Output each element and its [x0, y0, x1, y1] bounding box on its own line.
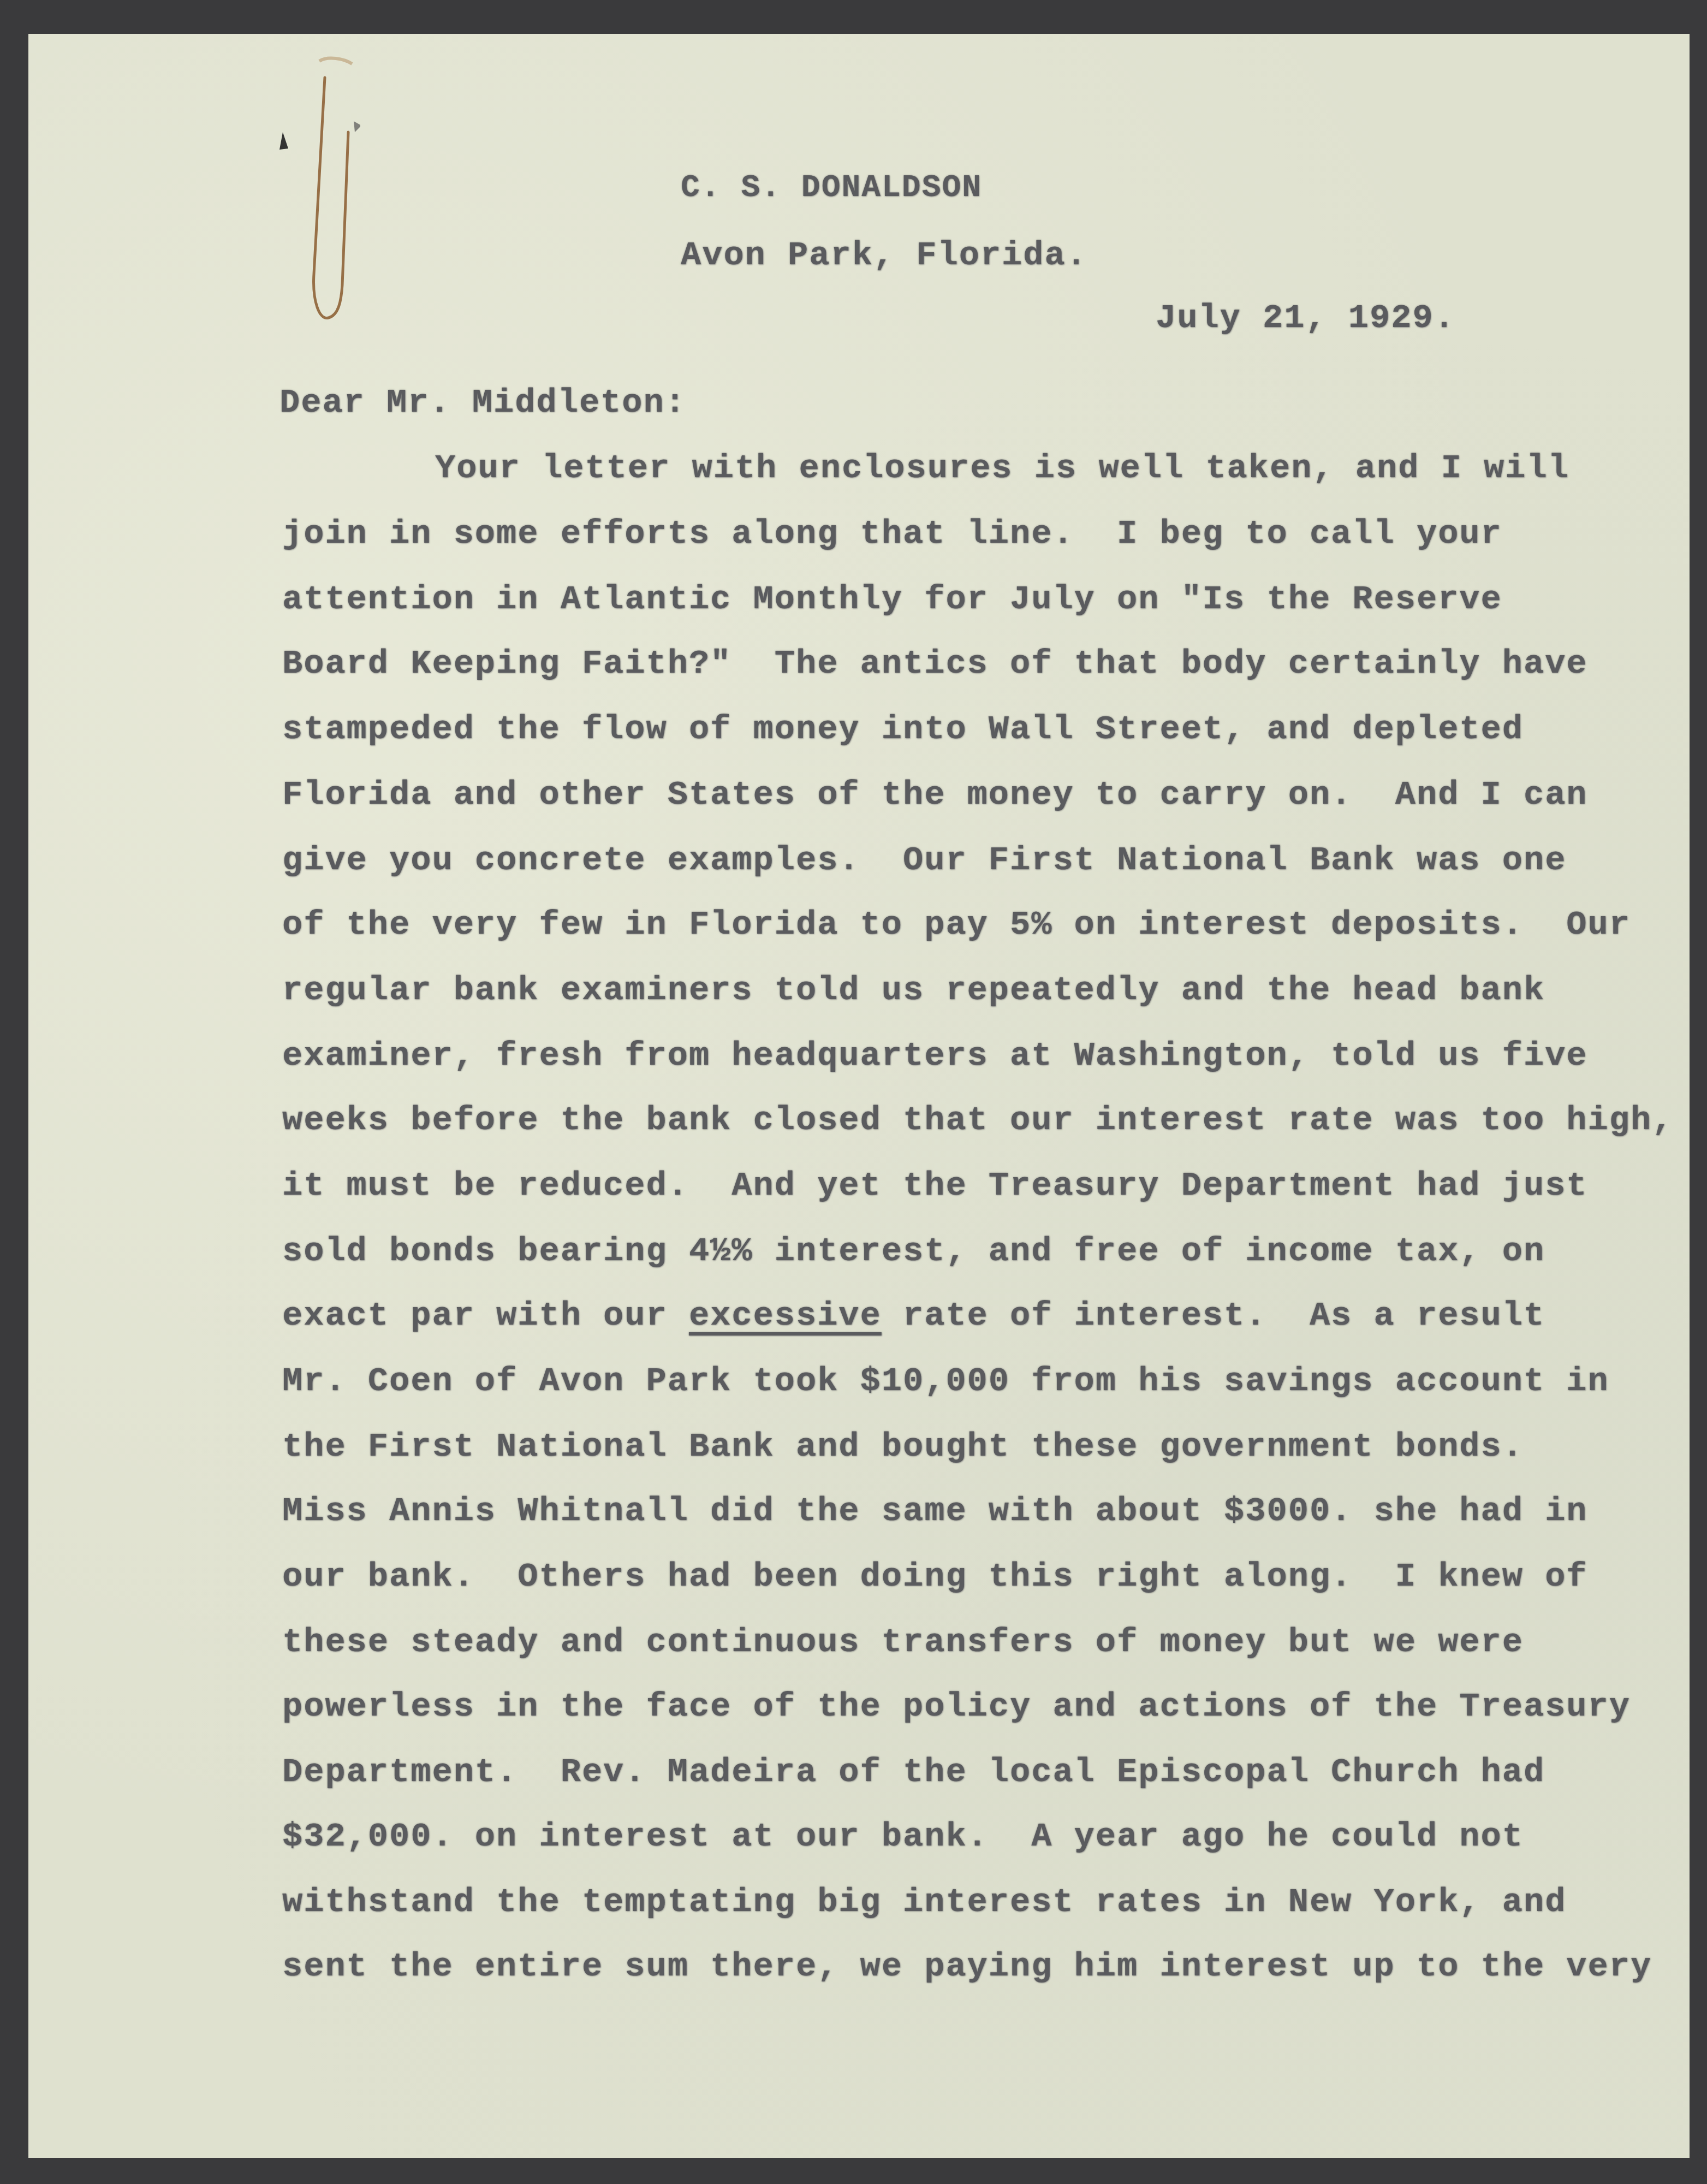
- body-line: weeks before the bank closed that our in…: [282, 1101, 1673, 1140]
- body-line: sent the entire sum there, we paying him…: [282, 1947, 1652, 1986]
- body-line: Florida and other States of the money to…: [282, 775, 1588, 814]
- body-line: it must be reduced. And yet the Treasury…: [282, 1166, 1588, 1205]
- body-line: withstand the temptating big interest ra…: [282, 1883, 1566, 1921]
- body-line: stampeded the flow of money into Wall St…: [282, 710, 1524, 749]
- body-line: Department. Rev. Madeira of the local Ep…: [282, 1753, 1545, 1791]
- letterhead-name: C. S. DONALDSON: [681, 170, 982, 206]
- body-line: these steady and continuous transfers of…: [282, 1623, 1524, 1661]
- body-line: give you concrete examples. Our First Na…: [282, 841, 1566, 880]
- letter-date: July 21, 1929.: [1156, 299, 1455, 337]
- body-line: regular bank examiners told us repeatedl…: [282, 971, 1545, 1010]
- salutation: Dear Mr. Middleton:: [279, 383, 686, 422]
- body-line: Mr. Coen of Avon Park took $10,000 from …: [282, 1362, 1609, 1400]
- body-line: Your letter with enclosures is well take…: [435, 449, 1569, 488]
- body-line: the First National Bank and bought these…: [282, 1427, 1524, 1466]
- body-line: Miss Annis Whitnall did the same with ab…: [282, 1492, 1588, 1530]
- body-line: join in some efforts along that line. I …: [282, 514, 1502, 553]
- body-line: our bank. Others had been doing this rig…: [282, 1557, 1588, 1596]
- underlined-word: excessive: [689, 1296, 882, 1335]
- paper-clip-rust-mark-icon: [267, 45, 360, 351]
- body-line: of the very few in Florida to pay 5% on …: [282, 905, 1631, 944]
- body-line: attention in Atlantic Monthly for July o…: [282, 580, 1502, 619]
- body-line: $32,000. on interest at our bank. A year…: [282, 1817, 1524, 1856]
- body-line: powerless in the face of the policy and …: [282, 1687, 1631, 1726]
- body-line-segment: rate of interest. As a result: [882, 1296, 1545, 1335]
- body-line: Board Keeping Faith?" The antics of that…: [282, 644, 1588, 683]
- body-line: examiner, fresh from headquarters at Was…: [282, 1036, 1588, 1075]
- body-line: sold bonds bearing 4½% interest, and fre…: [282, 1232, 1545, 1271]
- letterhead-place: Avon Park, Florida.: [681, 236, 1087, 275]
- letter-page: C. S. DONALDSON Avon Park, Florida. July…: [28, 34, 1690, 2158]
- body-line-segment: exact par with our: [282, 1296, 689, 1335]
- body-line: exact par with our excessive rate of int…: [282, 1296, 1545, 1335]
